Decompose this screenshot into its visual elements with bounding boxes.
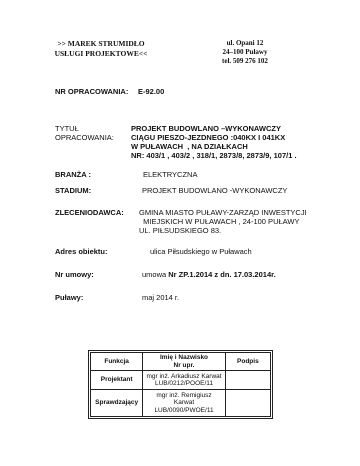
cell-name-projektant: mgr inż. Arkadiusz Karwat LUB/0212/POOE/… xyxy=(143,371,225,390)
tytul-opracowania-label: TYTUŁ OPRACOWANIA: xyxy=(55,124,131,142)
field-nr-opracowania: NR OPRACOWANIA: E-92.00 xyxy=(55,87,164,96)
company-address: ul. Opani 12 24–100 Puławy tel. 509 276 … xyxy=(200,39,290,66)
stadium-label: STADIUM: xyxy=(55,186,142,195)
pulawy-value: maj 2014 r. xyxy=(142,293,179,302)
nr-umowy-label: Nr umowy: xyxy=(55,270,142,279)
field-branza: BRANŻA : ELEKTRYCZNA xyxy=(55,170,197,179)
adres-obiektu-label: Adres obiektu: xyxy=(55,247,150,256)
field-pulawy-date: Puławy: maj 2014 r. xyxy=(55,293,179,302)
branza-value: ELEKTRYCZNA xyxy=(143,170,197,179)
table-row-sprawdzajacy: Sprawdzający mgr inż. Remigiusz Karwat L… xyxy=(91,390,271,417)
cell-podpis-projektant xyxy=(225,371,270,390)
field-stadium: STADIUM: PROJEKT BUDOWLANO -WYKONAWCZY xyxy=(55,186,287,195)
nr-umowy-value-number: Nr ZP.1.2014 z dn. 17.03.2014r. xyxy=(168,270,275,279)
field-zleceniodawca: ZLECENIODAWCA: GMINA MIASTO PUŁAWY-ZARZĄ… xyxy=(55,208,307,235)
table-header-funkcja: Funkcja xyxy=(91,353,143,371)
signatures-table: Funkcja Imię i Nazwisko Nr upr. Podpis P… xyxy=(88,350,273,419)
nr-opracowania-label: NR OPRACOWANIA: xyxy=(55,87,138,96)
adres-obiektu-value: ulica Piłsudskiego w Puławach xyxy=(150,247,252,256)
nr-opracowania-value: E-92.00 xyxy=(138,87,164,96)
nr-umowy-value: umowa Nr ZP.1.2014 z dn. 17.03.2014r. xyxy=(142,270,276,279)
pulawy-label: Puławy: xyxy=(55,293,142,302)
table-row-projektant: Projektant mgr inż. Arkadiusz Karwat LUB… xyxy=(91,371,271,390)
field-nr-umowy: Nr umowy: umowa Nr ZP.1.2014 z dn. 17.03… xyxy=(55,270,276,279)
field-adres-obiektu: Adres obiektu: ulica Piłsudskiego w Puła… xyxy=(55,247,252,256)
branza-label: BRANŻA : xyxy=(55,170,143,179)
company-name: >> MAREK STRUMIDŁO USŁUGI PROJEKTOWE<< xyxy=(40,39,162,59)
field-tytul-opracowania: TYTUŁ OPRACOWANIA: PROJEKT BUDOWLANO –WY… xyxy=(55,124,297,160)
tytul-opracowania-value: PROJEKT BUDOWLANO –WYKONAWCZY CIĄGU PIES… xyxy=(131,124,297,160)
company-name-line1: >> MAREK STRUMIDŁO xyxy=(40,39,162,49)
address-phone: tel. 509 276 102 xyxy=(200,57,290,66)
cell-name-sprawdzajacy: mgr inż. Remigiusz Karwat LUB/0090/PWOE/… xyxy=(143,390,225,417)
zleceniodawca-value: GMINA MIASTO PUŁAWY-ZARZĄD INWESTYCJI MI… xyxy=(139,208,307,235)
address-street: ul. Opani 12 xyxy=(200,39,290,48)
document-page: >> MAREK STRUMIDŁO USŁUGI PROJEKTOWE<< u… xyxy=(0,0,360,466)
zleceniodawca-label: ZLECENIODAWCA: xyxy=(55,208,139,217)
address-city: 24–100 Puławy xyxy=(200,48,290,57)
table-header-podpis: Podpis xyxy=(225,353,270,371)
nr-umowy-value-prefix: umowa xyxy=(142,270,168,279)
company-name-line2: USŁUGI PROJEKTOWE<< xyxy=(40,49,162,59)
stadium-value: PROJEKT BUDOWLANO -WYKONAWCZY xyxy=(142,186,287,195)
cell-podpis-sprawdzajacy xyxy=(225,390,270,417)
cell-funkcja-projektant: Projektant xyxy=(91,371,143,390)
table-header-row: Funkcja Imię i Nazwisko Nr upr. Podpis xyxy=(91,353,271,371)
table-header-imie-nazwisko: Imię i Nazwisko Nr upr. xyxy=(143,353,225,371)
cell-funkcja-sprawdzajacy: Sprawdzający xyxy=(91,390,143,417)
